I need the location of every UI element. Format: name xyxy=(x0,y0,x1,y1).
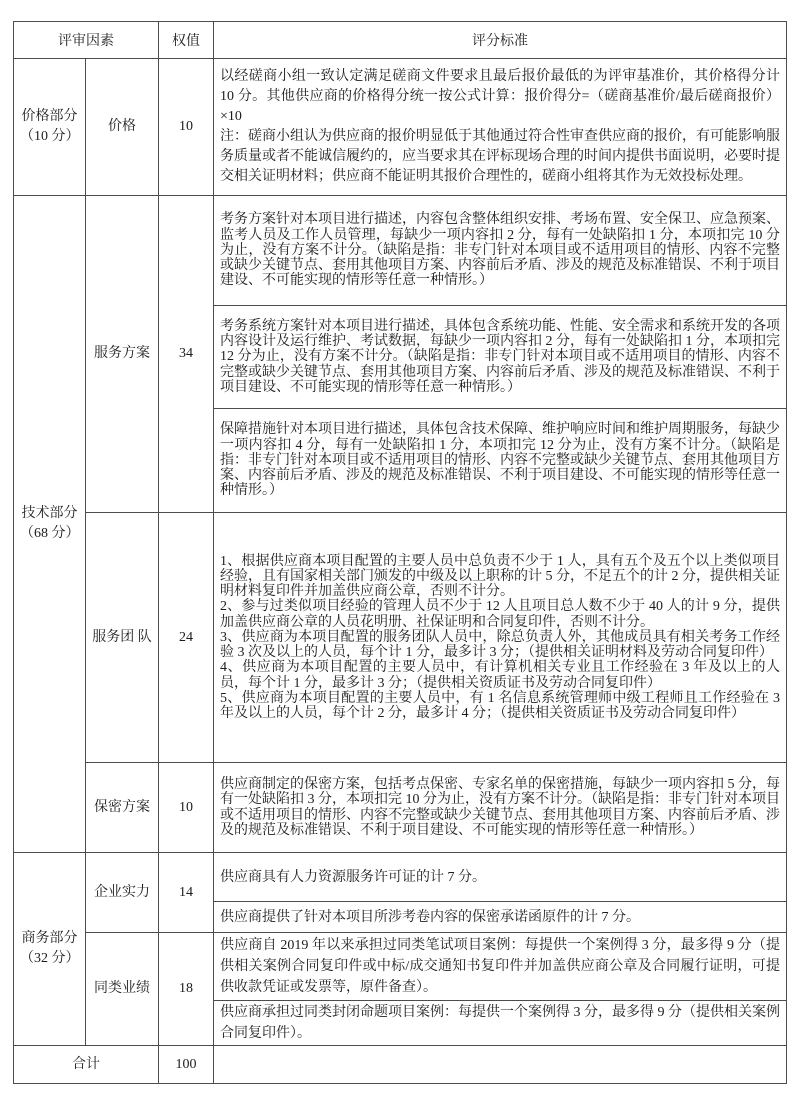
criteria-secrecy-text: 供应商制定的保密方案，包括考点保密、专家名单的保密措施，每缺少一项内容扣 5 分… xyxy=(220,777,780,838)
criteria-secrecy: 供应商制定的保密方案，包括考点保密、专家名单的保密措施，每缺少一项内容扣 5 分… xyxy=(214,763,787,853)
price-row: 价格部分 （10 分） 价格 10 以经磋商小组一致认定满足磋商文件要求且最后报… xyxy=(14,59,787,196)
team-item-5: 5、供应商为本项目配置的主要人员中，有 1 名信息系统管理师中级工程师且工作经验… xyxy=(220,691,780,721)
criteria-price-note: 注：磋商小组认为供应商的报价明显低于其他通过符合性审查供应商的报价，有可能影响服… xyxy=(220,127,780,187)
header-criteria: 评分标准 xyxy=(214,22,787,59)
business-performance-row-1: 同类业绩 18 供应商自 2019 年以来承担过同类笔试项目案例：每提供一个案例… xyxy=(14,933,787,1001)
criteria-support-measures: 保障措施针对本项目进行描述，具体包含技术保障、维护响应时间和维护周期服务，每缺少… xyxy=(214,409,787,513)
total-weight: 100 xyxy=(159,1046,214,1084)
criteria-exam-plan: 考务方案针对本项目进行描述，内容包含整体组织安排、考场布置、安全保卫、应急预案、… xyxy=(214,196,787,306)
criteria-performance-closed: 供应商承担过同类封闭命题项目案例：每提供一个案例得 3 分，最多得 9 分（提供… xyxy=(214,1001,787,1046)
team-item-4: 4、供应商为本项目配置的主要人员中，有计算机相关专业且工作经验在 3 年及以上的… xyxy=(220,660,780,690)
criteria-exam-plan-text: 考务方案针对本项目进行描述，内容包含整体组织安排、考场布置、安全保卫、应急预案、… xyxy=(220,212,780,288)
criteria-exam-system-text: 考务系统方案针对本项目进行描述，具体包含系统功能、性能、安全需求和系统开发的各项… xyxy=(220,319,780,395)
table-header-row: 评审因素 权值 评分标准 xyxy=(14,22,787,59)
criteria-support-measures-text: 保障措施针对本项目进行描述，具体包含技术保障、维护响应时间和维护周期服务，每缺少… xyxy=(220,422,780,498)
section-tech-label: 技术部分 （68 分） xyxy=(14,196,86,853)
team-item-3: 3、供应商为本项目配置的服务团队人员中，除总负责人外，其他成员具有相关考务工作经… xyxy=(220,630,780,660)
criteria-exam-system: 考务系统方案针对本项目进行描述，具体包含系统功能、性能、安全需求和系统开发的各项… xyxy=(214,306,787,409)
criteria-strength-pledge: 供应商提供了针对本项目所涉考卷内容的保密承诺函原件的计 7 分。 xyxy=(214,902,787,933)
tech-service-team-row: 服务团 队 24 1、根据供应商本项目配置的主要人员中总负责不少于 1 人，具有… xyxy=(14,513,787,763)
criteria-strength-license: 供应商具有人力资源服务许可证的计 7 分。 xyxy=(214,853,787,902)
criteria-strength-license-text: 供应商具有人力资源服务许可证的计 7 分。 xyxy=(220,867,780,888)
tech-service-plan-row-1: 技术部分 （68 分） 服务方案 34 考务方案针对本项目进行描述，内容包含整体… xyxy=(14,196,787,306)
factor-service-plan-label: 服务方案 xyxy=(86,196,159,513)
weight-performance: 18 xyxy=(159,933,214,1046)
criteria-price-formula: 以经磋商小组一致认定满足磋商文件要求且最后报价最低的为评审基准价，其价格得分计 … xyxy=(220,67,780,127)
team-item-2: 2、参与过类似项目经验的管理人员不少于 12 人且项目总人数不少于 40 人的计… xyxy=(220,599,780,629)
criteria-performance-closed-text: 供应商承担过同类封闭命题项目案例：每提供一个案例得 3 分，最多得 9 分（提供… xyxy=(220,1002,780,1044)
factor-service-team-label: 服务团 队 xyxy=(86,513,159,763)
weight-service-plan: 34 xyxy=(159,196,214,513)
header-weight: 权值 xyxy=(159,22,214,59)
criteria-service-team: 1、根据供应商本项目配置的主要人员中总负责不少于 1 人，具有五个及五个以上类似… xyxy=(214,513,787,763)
document-page: 评审因素 权值 评分标准 价格部分 （10 分） 价格 10 以经磋商小组一致认… xyxy=(0,0,800,1100)
section-business-label: 商务部分 （32 分） xyxy=(14,853,86,1046)
criteria-price: 以经磋商小组一致认定满足磋商文件要求且最后报价最低的为评审基准价，其价格得分计 … xyxy=(214,59,787,196)
factor-secrecy-label: 保密方案 xyxy=(86,763,159,853)
criteria-strength-pledge-text: 供应商提供了针对本项目所涉考卷内容的保密承诺函原件的计 7 分。 xyxy=(220,907,780,928)
header-factor: 评审因素 xyxy=(14,22,159,59)
weight-secrecy: 10 xyxy=(159,763,214,853)
section-price-label: 价格部分 （10 分） xyxy=(14,59,86,196)
weight-service-team: 24 xyxy=(159,513,214,763)
factor-strength-label: 企业实力 xyxy=(86,853,159,933)
total-row: 合计 100 xyxy=(14,1046,787,1084)
criteria-performance-written-text: 供应商自 2019 年以来承担过同类笔试项目案例：每提供一个案例得 3 分，最多… xyxy=(220,935,780,998)
team-item-1: 1、根据供应商本项目配置的主要人员中总负责不少于 1 人，具有五个及五个以上类似… xyxy=(220,554,780,600)
weight-price: 10 xyxy=(159,59,214,196)
total-label: 合计 xyxy=(14,1046,159,1084)
total-criteria-empty xyxy=(214,1046,787,1084)
weight-strength: 14 xyxy=(159,853,214,933)
scoring-criteria-table: 评审因素 权值 评分标准 价格部分 （10 分） 价格 10 以经磋商小组一致认… xyxy=(13,21,787,1084)
tech-secrecy-row: 保密方案 10 供应商制定的保密方案，包括考点保密、专家名单的保密措施，每缺少一… xyxy=(14,763,787,853)
factor-price-label: 价格 xyxy=(86,59,159,196)
business-strength-row-1: 商务部分 （32 分） 企业实力 14 供应商具有人力资源服务许可证的计 7 分… xyxy=(14,853,787,902)
factor-performance-label: 同类业绩 xyxy=(86,933,159,1046)
criteria-performance-written: 供应商自 2019 年以来承担过同类笔试项目案例：每提供一个案例得 3 分，最多… xyxy=(214,933,787,1001)
